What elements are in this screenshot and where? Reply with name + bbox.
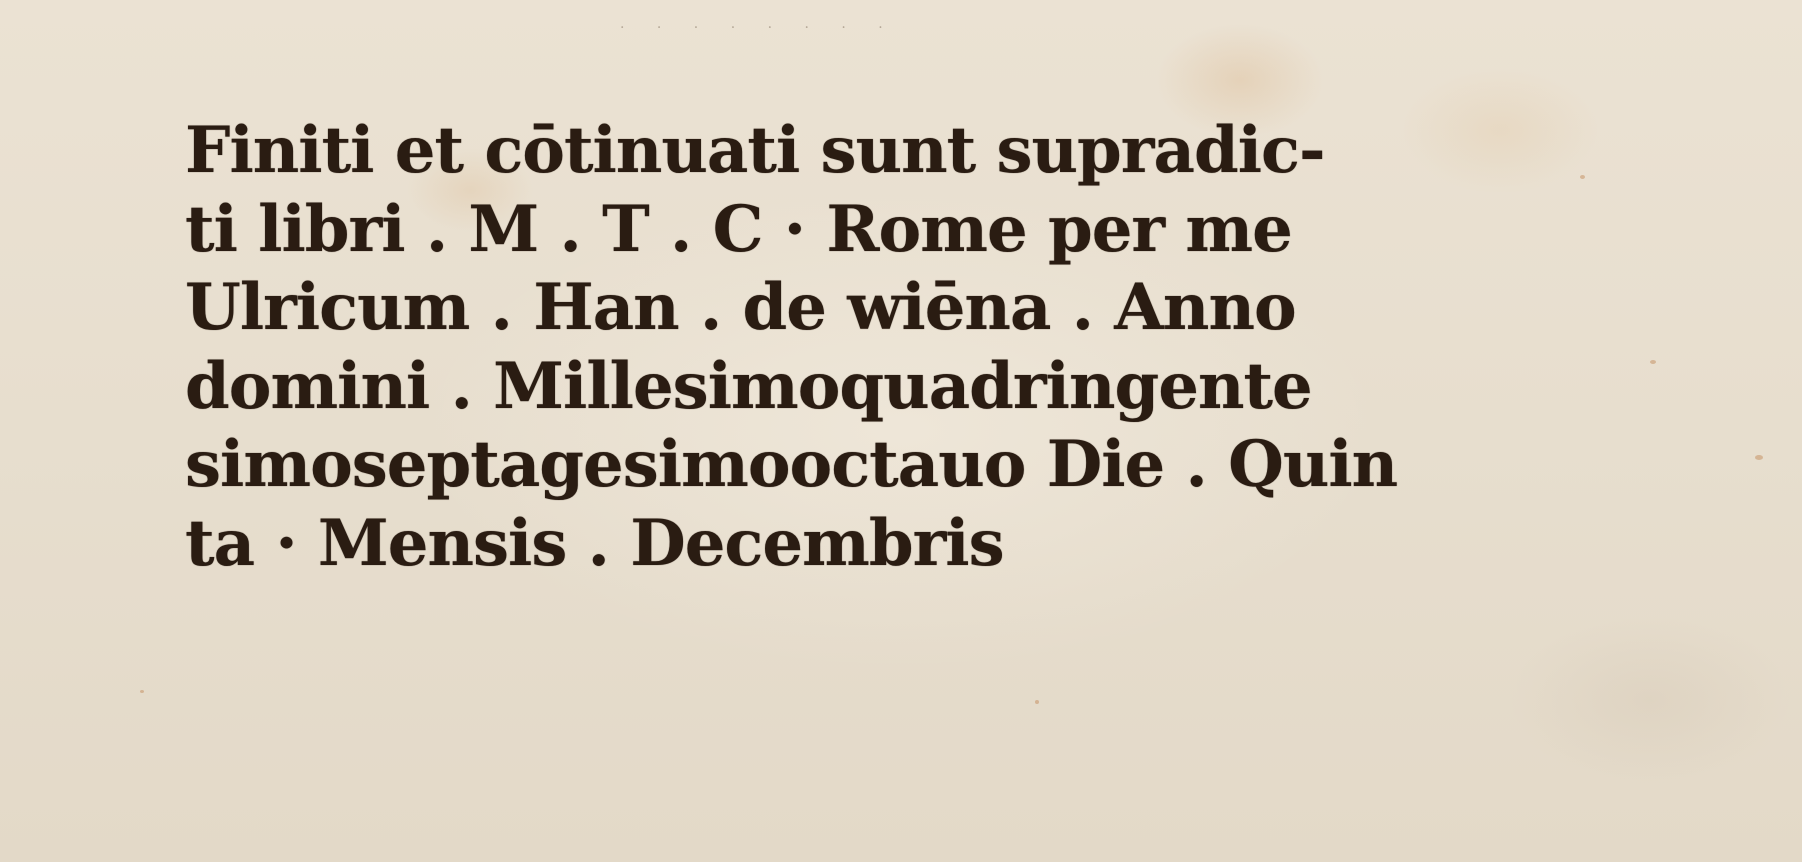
foxing-spot <box>1650 360 1656 364</box>
bleed-through-marks: · · · · · · · · <box>620 20 1140 70</box>
colophon-line-1: Finiti et cōtinuati sunt supradic- <box>185 112 1625 191</box>
colophon-line-3: Ulricum . Han . de wiēna . Anno <box>185 269 1625 348</box>
foxing-spot <box>1755 455 1763 460</box>
colophon-line-4: domini . Millesimoquadringente <box>185 348 1625 427</box>
colophon-line-2: ti libri . M . T . C · Rome per me <box>185 191 1625 270</box>
foxing-spot <box>140 690 144 693</box>
colophon-text-block: Finiti et cōtinuati sunt supradic- ti li… <box>185 112 1625 583</box>
colophon-line-5: simoseptagesimooctauo Die . Quin <box>185 426 1625 505</box>
paper-page: · · · · · · · · Finiti et cōtinuati sunt… <box>0 0 1802 862</box>
foxing-spot <box>1580 175 1585 179</box>
colophon-line-6: ta · Mensis . Decembris <box>185 505 1625 584</box>
foxing-spot <box>1035 700 1039 704</box>
